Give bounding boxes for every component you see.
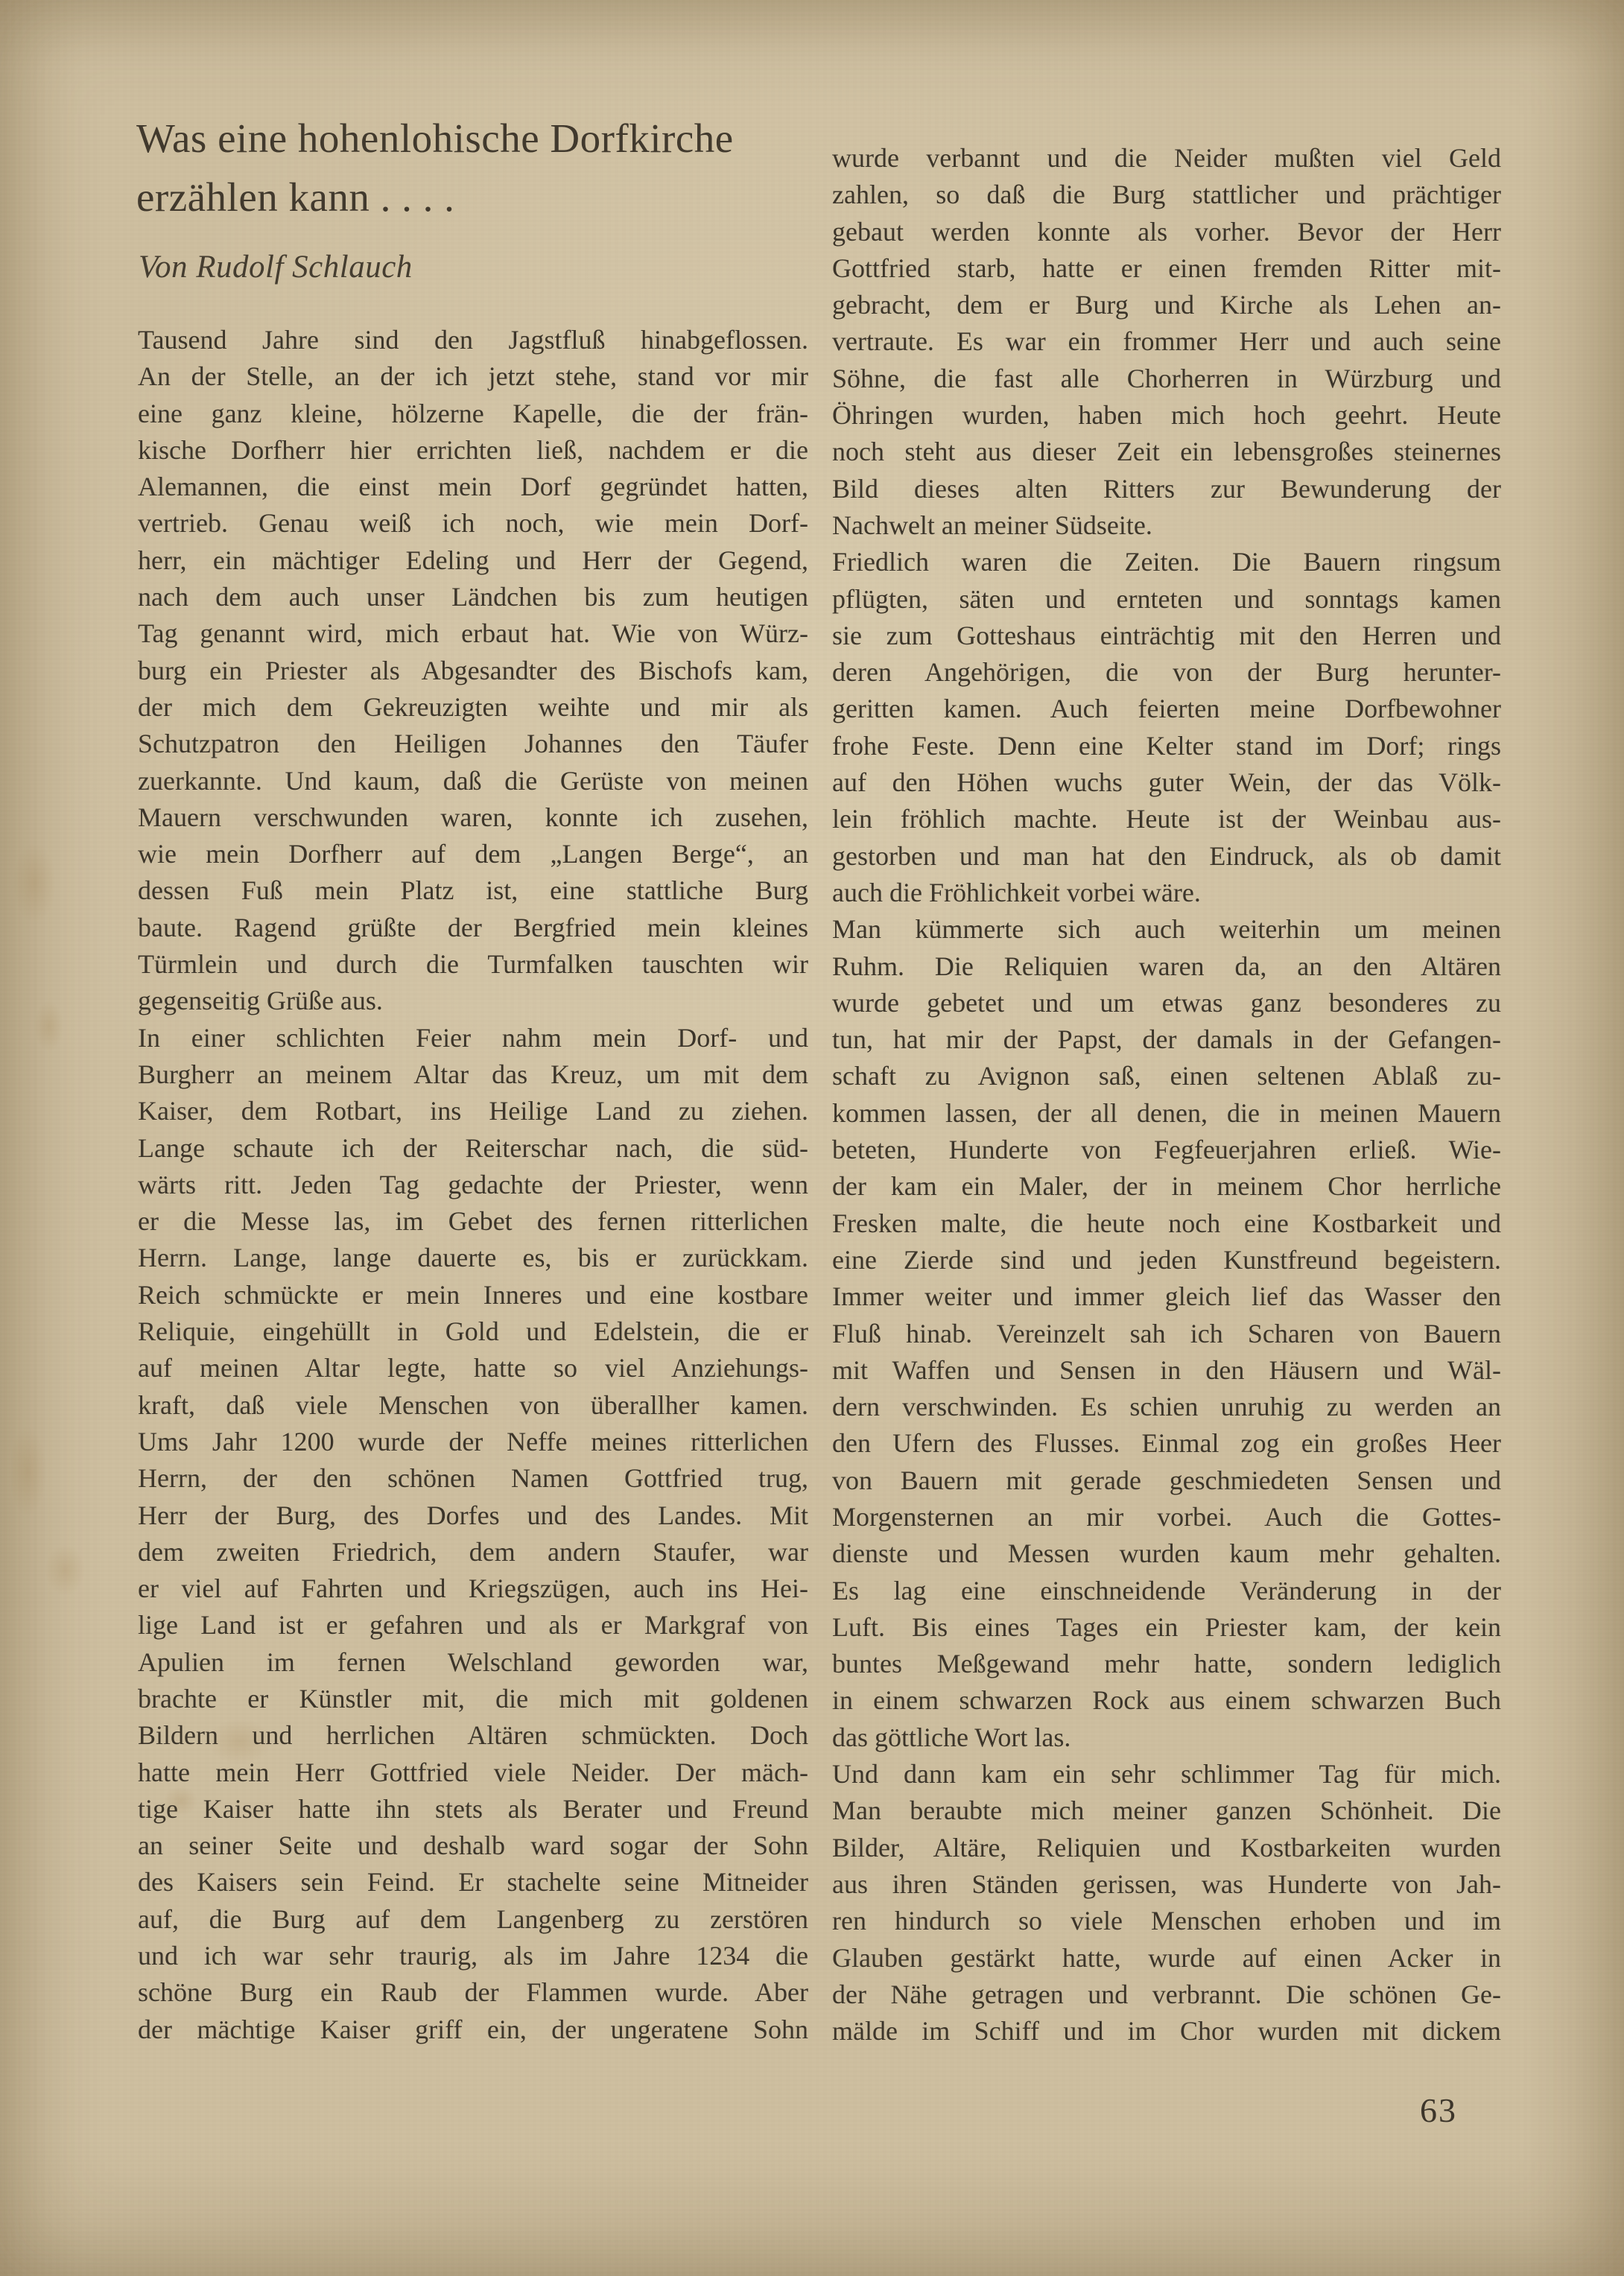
text-line: Fresken malte, die heute noch eine Kostb… xyxy=(832,1205,1501,1242)
text-line: Mauern verschwunden waren, konnte ich zu… xyxy=(138,799,808,836)
text-line: dessen Fuß mein Platz ist, eine stattlic… xyxy=(138,872,808,909)
text-line: an seiner Seite und deshalb ward sogar d… xyxy=(138,1828,808,1864)
text-line: kraft, daß viele Menschen von überallher… xyxy=(138,1387,808,1424)
left-column: Tausend Jahre sind den Jagstfluß hinabge… xyxy=(138,322,808,2048)
text-line: das göttliche Wort las. xyxy=(832,1719,1501,1756)
paragraph-block: Man kümmerte sich auch weiterhin um mein… xyxy=(832,911,1501,1756)
text-line: vertrieb. Genau weiß ich noch, wie mein … xyxy=(138,505,808,542)
text-line: schaft zu Avignon saß, einen seltenen Ab… xyxy=(832,1058,1501,1094)
text-line: Nachwelt an meiner Südseite. xyxy=(832,507,1501,544)
paragraph-block: Friedlich waren die Zeiten. Die Bauern r… xyxy=(832,544,1501,911)
text-line: Herrn, der den schönen Namen Gottfried t… xyxy=(138,1460,808,1497)
page-number: 63 xyxy=(1420,2090,1457,2130)
text-line: wurde verbannt und die Neider mußten vie… xyxy=(832,140,1501,177)
right-column: wurde verbannt und die Neider mußten vie… xyxy=(832,140,1501,2050)
text-line: In einer schlichten Feier nahm mein Dorf… xyxy=(138,1020,808,1056)
article-title-line-2: erzählen kann . . . . xyxy=(136,168,851,226)
text-line: Türmlein und durch die Turmfalken tausch… xyxy=(138,946,808,983)
text-line: in einem schwarzen Rock aus einem schwar… xyxy=(832,1682,1501,1719)
text-line: der kam ein Maler, der in meinem Chor he… xyxy=(832,1168,1501,1205)
text-line: Reliquie, eingehüllt in Gold und Edelste… xyxy=(138,1313,808,1350)
paragraph-block: wurde verbannt und die Neider mußten vie… xyxy=(832,140,1501,544)
text-line: nach dem auch unser Ländchen bis zum heu… xyxy=(138,579,808,615)
text-line: Bilder, Altäre, Reliquien und Kostbarkei… xyxy=(832,1830,1501,1866)
text-line: kommen lassen, der all denen, die in mei… xyxy=(832,1095,1501,1132)
text-line: auf den Höhen wuchs guter Wein, der das … xyxy=(832,764,1501,801)
text-line: und ich war sehr traurig, als im Jahre 1… xyxy=(138,1938,808,1974)
text-line: Bild dieses alten Ritters zur Bewunderun… xyxy=(832,471,1501,507)
text-line: noch steht aus dieser Zeit ein lebensgro… xyxy=(832,434,1501,470)
text-line: wurde gebetet und um etwas ganz besonder… xyxy=(832,985,1501,1021)
paragraph-block: Tausend Jahre sind den Jagstfluß hinabge… xyxy=(138,322,808,1020)
text-line: gebracht, dem er Burg und Kirche als Leh… xyxy=(832,287,1501,323)
text-line: Reich schmückte er mein Inneres und eine… xyxy=(138,1277,808,1313)
text-line: er die Messe las, im Gebet des fernen ri… xyxy=(138,1203,808,1240)
text-line: eine ganz kleine, hölzerne Kapelle, die … xyxy=(138,396,808,432)
text-line: wärts ritt. Jeden Tag gedachte der Pries… xyxy=(138,1167,808,1203)
text-line: hatte mein Herr Gottfried viele Neider. … xyxy=(138,1754,808,1791)
text-line: Öhringen wurden, haben mich hoch geehrt.… xyxy=(832,397,1501,434)
text-line: zuerkannte. Und kaum, daß die Gerüste vo… xyxy=(138,763,808,799)
text-line: aus ihren Ständen gerissen, was Hunderte… xyxy=(832,1866,1501,1903)
text-line: Ruhm. Die Reliquien waren da, an den Alt… xyxy=(832,948,1501,985)
text-line: beteten, Hunderte von Fegfeuerjahren erl… xyxy=(832,1132,1501,1168)
text-line: Friedlich waren die Zeiten. Die Bauern r… xyxy=(832,544,1501,580)
text-line: dern verschwinden. Es schien unruhig zu … xyxy=(832,1389,1501,1425)
text-line: er viel auf Fahrten und Kriegszügen, auc… xyxy=(138,1570,808,1607)
text-line: des Kaisers sein Feind. Er stachelte sei… xyxy=(138,1864,808,1901)
text-line: burg ein Priester als Abgesandter des Bi… xyxy=(138,653,808,689)
text-line: den Ufern des Flusses. Einmal zog ein gr… xyxy=(832,1425,1501,1462)
article-title-line-1: Was eine hohenlohische Dorfkirche xyxy=(136,109,851,168)
article-byline: Von Rudolf Schlauch xyxy=(139,249,413,285)
text-line: frohe Feste. Denn eine Kelter stand im D… xyxy=(832,728,1501,764)
text-line: mälde im Schiff und im Chor wurden mit d… xyxy=(832,2013,1501,2050)
text-line: Schutzpatron den Heiligen Johannes den T… xyxy=(138,726,808,762)
text-line: pflügten, säten und ernteten und sonntag… xyxy=(832,581,1501,618)
text-line: Ums Jahr 1200 wurde der Neffe meines rit… xyxy=(138,1424,808,1460)
paper-stain xyxy=(4,827,64,939)
text-line: schöne Burg ein Raub der Flammen wurde. … xyxy=(138,1974,808,2011)
text-line: Es lag eine einschneidende Veränderung i… xyxy=(832,1573,1501,1609)
text-line: Man beraubte mich meiner ganzen Schönhei… xyxy=(832,1792,1501,1829)
text-line: Bildern und herrlichen Altären schmückte… xyxy=(138,1717,808,1754)
text-line: Herrn. Lange, lange dauerte es, bis er z… xyxy=(138,1240,808,1276)
text-line: ren hindurch so viele Menschen erhoben u… xyxy=(832,1903,1501,1939)
text-line: brachte er Künstler mit, die mich mit go… xyxy=(138,1681,808,1717)
text-line: dienste und Messen wurden kaum mehr geha… xyxy=(832,1535,1501,1572)
text-line: Lange schaute ich der Reiterschar nach, … xyxy=(138,1130,808,1167)
text-line: tige Kaiser hatte ihn stets als Berater … xyxy=(138,1791,808,1828)
text-line: tun, hat mir der Papst, der damals in de… xyxy=(832,1021,1501,1058)
text-line: zahlen, so daß die Burg stattlicher und … xyxy=(832,177,1501,213)
text-line: gegenseitig Grüße aus. xyxy=(138,983,808,1019)
text-line: Immer weiter und immer gleich lief das W… xyxy=(832,1278,1501,1315)
text-line: wie mein Dorfherr auf dem „Langen Berge“… xyxy=(138,836,808,872)
text-line: Herr der Burg, des Dorfes und des Landes… xyxy=(138,1497,808,1534)
text-line: Fluß hinab. Vereinzelt sah ich Scharen v… xyxy=(832,1316,1501,1352)
text-line: Morgensternen an mir vorbei. Auch die Go… xyxy=(832,1499,1501,1535)
text-line: auch die Fröhlichkeit vorbei wäre. xyxy=(832,875,1501,911)
paragraph-block: In einer schlichten Feier nahm mein Dorf… xyxy=(138,1020,808,2048)
text-line: Gottfried starb, hatte er einen fremden … xyxy=(832,250,1501,287)
text-line: Kaiser, dem Rotbart, ins Heilige Land zu… xyxy=(138,1093,808,1129)
text-line: herr, ein mächtiger Edeling und Herr der… xyxy=(138,542,808,579)
text-line: der mich dem Gekreuzigten weihte und mir… xyxy=(138,689,808,726)
text-line: Glauben gestärkt hatte, wurde auf einen … xyxy=(832,1940,1501,1977)
text-line: baute. Ragend grüßte der Bergfried mein … xyxy=(138,910,808,946)
paper-stain xyxy=(28,991,69,1062)
text-line: lein fröhlich machte. Heute ist der Wein… xyxy=(832,801,1501,837)
text-line: sie zum Gotteshaus einträchtig mit den H… xyxy=(832,618,1501,654)
text-line: auf meinen Altar legte, hatte so viel An… xyxy=(138,1350,808,1386)
text-line: Burgherr an meinem Altar das Kreuz, um m… xyxy=(138,1056,808,1093)
paper-stain xyxy=(37,1535,93,1605)
text-line: gebaut werden konnte als vorher. Bevor d… xyxy=(832,214,1501,250)
text-line: Alemannen, die einst mein Dorf gegründet… xyxy=(138,469,808,505)
text-line: Apulien im fernen Welschland geworden wa… xyxy=(138,1644,808,1681)
paragraph-block: Und dann kam ein sehr schlimmer Tag für … xyxy=(832,1756,1501,2050)
text-line: Söhne, die fast alle Chorherren in Würzb… xyxy=(832,361,1501,397)
text-line: vertraute. Es war ein frommer Herr und a… xyxy=(832,323,1501,360)
text-line: Und dann kam ein sehr schlimmer Tag für … xyxy=(832,1756,1501,1792)
text-line: Man kümmerte sich auch weiterhin um mein… xyxy=(832,911,1501,948)
text-line: von Bauern mit gerade geschmiedeten Sens… xyxy=(832,1462,1501,1499)
text-line: Tausend Jahre sind den Jagstfluß hinabge… xyxy=(138,322,808,358)
text-line: mit Waffen und Sensen in den Häusern und… xyxy=(832,1352,1501,1389)
text-line: kische Dorfherr hier errichten ließ, nac… xyxy=(138,432,808,469)
text-line: dem zweiten Friedrich, dem andern Staufe… xyxy=(138,1534,808,1570)
text-line: geritten kamen. Auch feierten meine Dorf… xyxy=(832,691,1501,727)
text-line: der mächtige Kaiser griff ein, der unger… xyxy=(138,2012,808,2048)
text-line: auf, die Burg auf dem Langenberg zu zers… xyxy=(138,1901,808,1938)
text-line: buntes Meßgewand mehr hatte, sondern led… xyxy=(832,1646,1501,1682)
text-line: Luft. Bis eines Tages ein Priester kam, … xyxy=(832,1609,1501,1646)
text-line: An der Stelle, an der ich jetzt stehe, s… xyxy=(138,358,808,395)
article-title: Was eine hohenlohische Dorfkirche erzähl… xyxy=(136,109,851,226)
text-line: deren Angehörigen, die von der Burg heru… xyxy=(832,654,1501,691)
text-line: lige Land ist er gefahren und als er Mar… xyxy=(138,1607,808,1643)
text-line: gestorben und man hat den Eindruck, als … xyxy=(832,838,1501,875)
text-line: der Nähe getragen und verbrannt. Die sch… xyxy=(832,1977,1501,2013)
scanned-book-page: { "page": { "title": { "lines": ["Was ei… xyxy=(0,0,1624,2276)
paper-stain xyxy=(1,1408,54,1535)
text-line: eine Zierde sind und jeden Kunstfreund b… xyxy=(832,1242,1501,1278)
text-line: Tag genannt wird, mich erbaut hat. Wie v… xyxy=(138,615,808,652)
